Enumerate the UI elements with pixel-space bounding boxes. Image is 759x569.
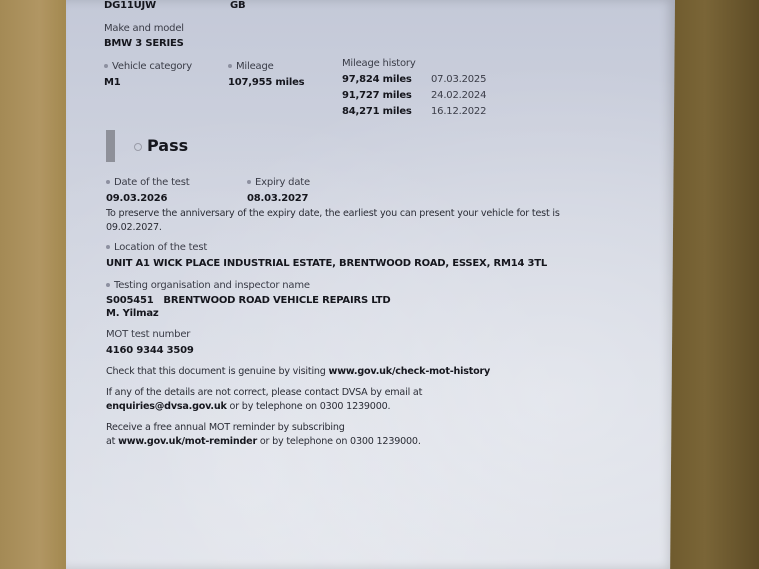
mileage-history-date-0: 07.03.2025	[431, 74, 486, 85]
organisation-label: Testing organisation and inspector name	[106, 280, 310, 291]
mot-test-number-value: 4160 9344 3509	[106, 345, 194, 356]
mileage-label: Mileage	[228, 61, 274, 72]
desk-surface-right	[669, 0, 759, 569]
dvsa-email-link[interactable]: enquiries@dvsa.gov.uk	[106, 401, 227, 412]
vehicle-category-label: Vehicle category	[104, 61, 192, 72]
contact-line1: If any of the details are not correct, p…	[106, 387, 422, 398]
vehicle-category-value: M1	[104, 77, 121, 88]
organisation-value: S005451 BRENTWOOD ROAD VEHICLE REPAIRS L…	[106, 295, 391, 306]
make-model-label: Make and model	[104, 23, 184, 34]
location-icon	[106, 245, 110, 249]
mileage-history-miles-2: 84,271 miles	[342, 106, 412, 117]
calendar-icon	[247, 180, 251, 184]
reminder-line2: at www.gov.uk/mot-reminder or by telepho…	[106, 436, 421, 447]
mileage-history-miles-0: 97,824 miles	[342, 74, 412, 85]
check-icon	[134, 143, 142, 151]
pass-status: Pass	[134, 136, 188, 155]
mileage-history-label: Mileage history	[342, 58, 416, 69]
mot-test-number-label: MOT test number	[106, 329, 190, 340]
calendar-icon	[106, 180, 110, 184]
mileage-history-date-2: 16.12.2022	[431, 106, 486, 117]
make-model-value: BMW 3 SERIES	[104, 38, 184, 49]
check-mot-history-link[interactable]: www.gov.uk/check-mot-history	[329, 366, 491, 377]
mileage-history-date-1: 24.02.2024	[431, 90, 486, 101]
preserve-note-line2: 09.02.2027.	[106, 222, 162, 233]
preserve-note-line1: To preserve the anniversary of the expir…	[106, 208, 560, 219]
registration-value: DG11UJW	[104, 0, 156, 11]
inspector-name: M. Yilmaz	[106, 308, 159, 319]
desk-surface-left	[0, 0, 66, 569]
test-date-value: 09.03.2026	[106, 193, 167, 204]
expiry-date-value: 08.03.2027	[247, 193, 308, 204]
pass-status-bar	[106, 130, 115, 162]
mot-reminder-link[interactable]: www.gov.uk/mot-reminder	[118, 436, 257, 447]
expiry-date-label: Expiry date	[247, 177, 310, 188]
location-value: UNIT A1 WICK PLACE INDUSTRIAL ESTATE, BR…	[106, 258, 547, 269]
person-icon	[106, 283, 110, 287]
contact-line2: enquiries@dvsa.gov.uk or by telephone on…	[106, 401, 390, 412]
country-value: GB	[230, 0, 245, 11]
location-label: Location of the test	[106, 242, 207, 253]
check-genuine-text: Check that this document is genuine by v…	[106, 366, 490, 377]
mileage-history-miles-1: 91,727 miles	[342, 90, 412, 101]
reminder-line1: Receive a free annual MOT reminder by su…	[106, 422, 345, 433]
info-icon	[228, 64, 232, 68]
test-date-label: Date of the test	[106, 177, 190, 188]
info-icon	[104, 64, 108, 68]
mileage-value: 107,955 miles	[228, 77, 304, 88]
